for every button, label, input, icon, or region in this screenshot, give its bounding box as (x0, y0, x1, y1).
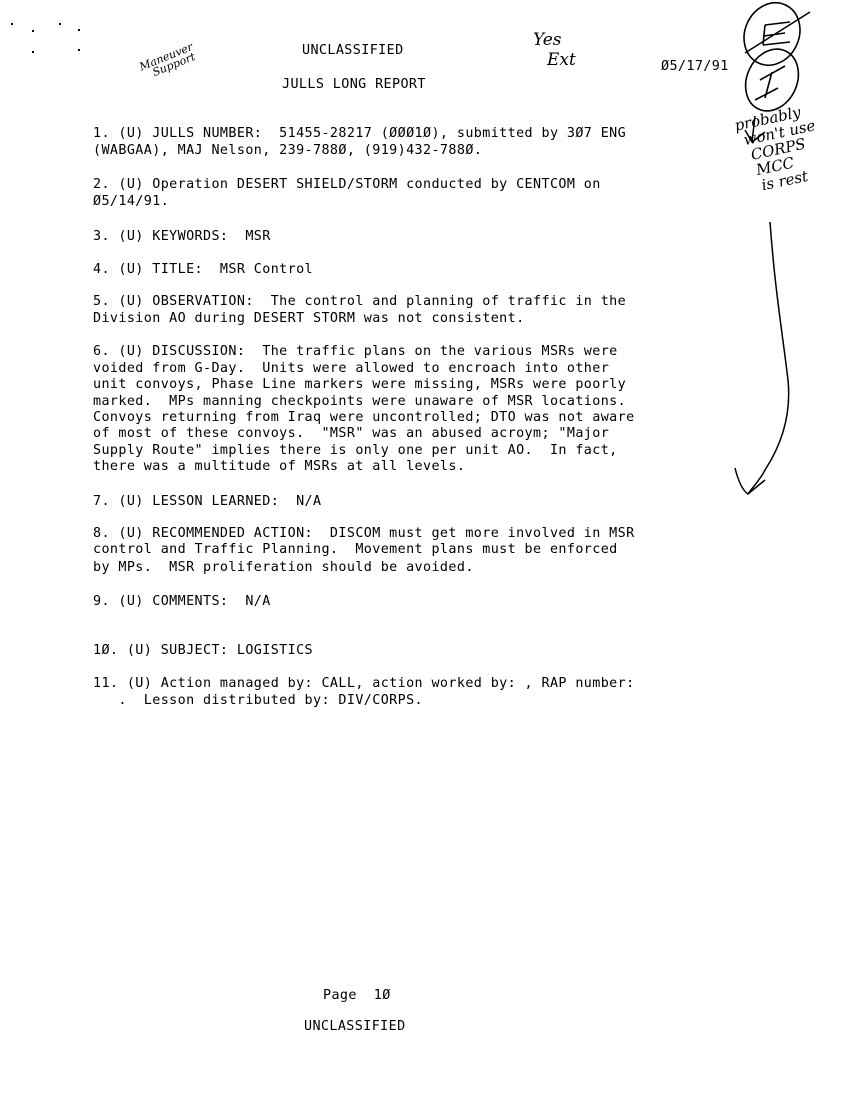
text-line: Ø5/14/91. (93, 194, 169, 209)
text-line: 8. (U) RECOMMENDED ACTION: DISCOM must g… (93, 526, 635, 541)
text-line: voided from G-Day. Units were allowed to… (93, 361, 609, 376)
text-line: 9. (U) COMMENTS: N/A (93, 594, 271, 609)
text-line: unit convoys, Phase Line markers were mi… (93, 377, 626, 392)
text-line: there was a multitude of MSRs at all lev… (93, 459, 465, 474)
text-line: marked. MPs manning checkpoints were una… (93, 394, 626, 409)
report-title: JULLS LONG REPORT (282, 77, 426, 92)
scan-speck (11, 23, 13, 25)
text-line: of most of these convoys. "MSR" was an a… (93, 426, 609, 441)
text-line: 5. (U) OBSERVATION: The control and plan… (93, 294, 626, 309)
text-line: 1. (U) JULLS NUMBER: 51455-28217 (ØØØ1Ø)… (93, 126, 626, 141)
handwritten-line: Ext (547, 50, 576, 70)
handwritten-line: Yes (533, 30, 576, 50)
text-line: 11. (U) Action managed by: CALL, action … (93, 676, 635, 691)
handwritten-note-yes-ext: Yes Ext (533, 30, 576, 70)
text-line: 7. (U) LESSON LEARNED: N/A (93, 494, 321, 509)
scan-speck (78, 29, 80, 31)
text-line: (WABGAA), MAJ Nelson, 239-788Ø, (919)432… (93, 143, 482, 158)
page-number: Page 1Ø (323, 988, 391, 1003)
text-line: 1Ø. (U) SUBJECT: LOGISTICS (93, 643, 313, 658)
text-line: 6. (U) DISCUSSION: The traffic plans on … (93, 344, 618, 359)
handwritten-margin-note: probably won't use CORPS MCC is rest (733, 102, 827, 197)
text-line: Division AO during DESERT STORM was not … (93, 311, 525, 326)
text-line: Supply Route" implies there is only one … (93, 443, 618, 458)
footer-classification: UNCLASSIFIED (304, 1019, 406, 1034)
scan-speck (78, 49, 80, 51)
handwritten-note-maneuver: Maneuver Support (138, 42, 198, 82)
text-line: 3. (U) KEYWORDS: MSR (93, 229, 271, 244)
scan-speck (32, 51, 34, 53)
text-line: 4. (U) TITLE: MSR Control (93, 262, 313, 277)
text-line: Convoys returning from Iraq were uncontr… (93, 410, 635, 425)
text-line: 2. (U) Operation DESERT SHIELD/STORM con… (93, 177, 601, 192)
scan-speck (32, 30, 34, 32)
scan-speck (59, 23, 61, 25)
header-classification: UNCLASSIFIED (302, 43, 404, 58)
report-date: Ø5/17/91 (661, 59, 729, 74)
text-line: control and Traffic Planning. Movement p… (93, 542, 618, 557)
text-line: by MPs. MSR proliferation should be avoi… (93, 560, 474, 575)
text-line: . Lesson distributed by: DIV/CORPS. (93, 693, 423, 708)
